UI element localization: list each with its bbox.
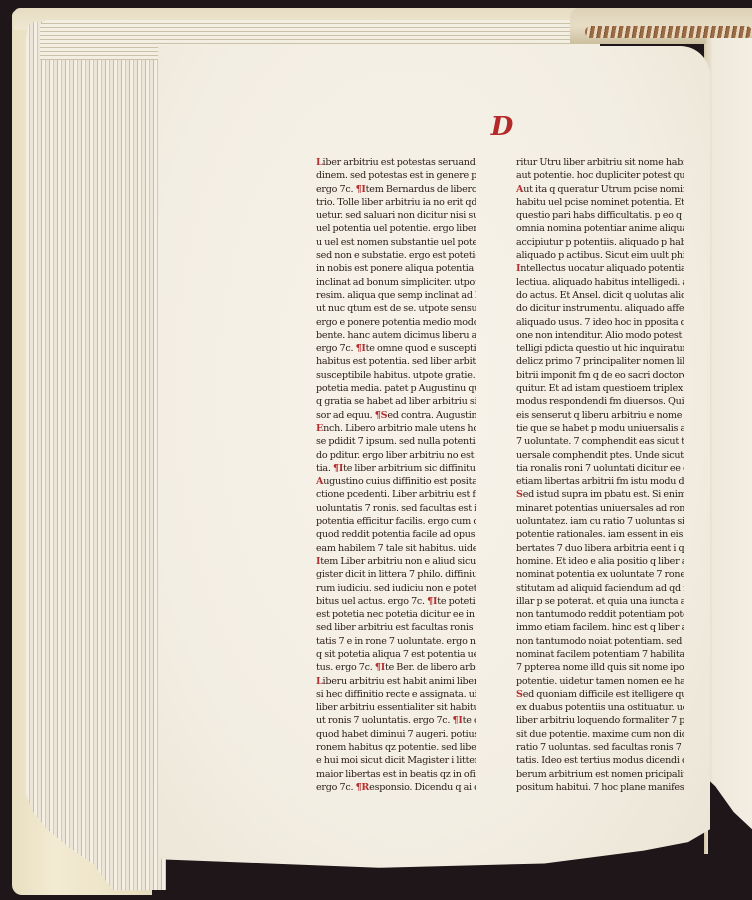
pilcrow-rubric: ¶I bbox=[333, 463, 343, 474]
text-line: tatis. Ideo est tertius modus dicendi q … bbox=[516, 754, 684, 767]
text-line: do actus. Et Ansel. dicit q uolutas aliq… bbox=[516, 289, 684, 302]
text-line: tie que se habet p modu uniuersalis ad r… bbox=[516, 422, 684, 435]
text-line: 7 uoluntate. 7 comphendit eas sicut totu… bbox=[516, 435, 684, 448]
text-line: ratio 7 uoluntas. sed facultas ronis 7 u… bbox=[516, 741, 684, 754]
red-initial-d: D bbox=[486, 112, 518, 142]
text-line: bitrii imponit fm q de eo sacri doctores… bbox=[516, 369, 684, 382]
text-line: u uel est nomen substantie uel potentie. bbox=[316, 236, 476, 249]
text-line: ergo 7c. ¶Ite omne quod e susceptibile bbox=[316, 342, 476, 355]
text-line: stitutam ad aliquid faciendum ad qd neut… bbox=[516, 582, 684, 595]
rubric-capital: S bbox=[516, 489, 523, 500]
text-line: ctione pcedenti. Liber arbitriu est facu… bbox=[316, 488, 476, 501]
text-line: tus. ergo 7c. ¶Ite Ber. de libero arbitr… bbox=[316, 661, 476, 674]
text-line: ex duabus potentiis una ostituatur. uel … bbox=[516, 701, 684, 714]
text-line: potentie rationales. iam essent in eis d… bbox=[516, 528, 684, 541]
text-line: berum arbitrium est nomen pricipaliter i… bbox=[516, 768, 684, 781]
text-line: est potetia nec potetia dicitur ee in po… bbox=[316, 608, 476, 621]
text-line: aliquado p actibus. Sicut eim uult philo… bbox=[516, 249, 684, 262]
recto-page-edge bbox=[706, 38, 752, 898]
text-line: habitus est potentia. sed liber arbitriu… bbox=[316, 355, 476, 368]
text-line: Ench. Libero arbitrio male utens homo 7 bbox=[316, 422, 476, 435]
pilcrow-rubric: ¶S bbox=[375, 410, 388, 421]
text-line: sor ad equu. ¶Sed contra. Augustin in bbox=[316, 409, 476, 422]
text-line: uoluntatis 7 ronis. sed facultas est ill… bbox=[316, 502, 476, 515]
text-line: nominat facilem potentiam 7 habilitatem. bbox=[516, 648, 684, 661]
text-line: minaret potentias uniuersales ad ronem e… bbox=[516, 502, 684, 515]
text-line: positum habitui. 7 hoc plane manifestat … bbox=[516, 781, 684, 794]
text-line: tia ronalis roni 7 uoluntati dicitur ee … bbox=[516, 462, 684, 475]
text-line: eis senserut q liberu arbitriu e nome po… bbox=[516, 409, 684, 422]
text-line: si hec diffinitio recte e assignata. uid… bbox=[316, 688, 476, 701]
text-line: bertates 7 duo libera arbitria eent i qu… bbox=[516, 542, 684, 555]
text-line: liber arbitriu loquendo formaliter 7 ppr… bbox=[516, 714, 684, 727]
text-line: q gratia se habet ad liber arbitriu sicu… bbox=[316, 395, 476, 408]
text-line: nominat potentia ex uoluntate 7 rone con bbox=[516, 568, 684, 581]
text-line: quitur. Et ad istam questioem triplex es… bbox=[516, 382, 684, 395]
text-line: Sed quoniam difficile est itelligere qua… bbox=[516, 688, 684, 701]
text-line: tatis 7 e in rone 7 uoluntate. ergo non … bbox=[316, 635, 476, 648]
text-line: liber arbitriu essentialiter sit habitus… bbox=[316, 701, 476, 714]
text-line: uersale comphendit ptes. Unde sicut pote bbox=[516, 449, 684, 462]
text-line: ronem habitus qz potentie. sed liber arb… bbox=[316, 741, 476, 754]
headband-braid-icon bbox=[585, 26, 752, 38]
text-line: sed liber arbitriu est facultas ronis 7 … bbox=[316, 621, 476, 634]
text-line: Augustino cuius diffinitio est posita di… bbox=[316, 475, 476, 488]
pilcrow-rubric: ¶R bbox=[356, 782, 370, 793]
text-line: in nobis est ponere aliqua potentia q se… bbox=[316, 262, 476, 275]
text-line: homine. Et ideo e alia positio q liber a… bbox=[516, 555, 684, 568]
text-line: quod habet diminui 7 augeri. potius habe… bbox=[316, 728, 476, 741]
text-line: sit due potentie. maxime cum non dicat e… bbox=[516, 728, 684, 741]
rubric-capital: L bbox=[316, 157, 323, 168]
text-line: maior libertas est in beatis qz in ofirm… bbox=[316, 768, 476, 781]
text-line: Sed istud supra im pbatu est. Si enim no bbox=[516, 488, 684, 501]
text-line: one non intenditur. Alio modo potest in bbox=[516, 329, 684, 342]
text-line: non tantumodo noiat potentiam. sed etiam bbox=[516, 635, 684, 648]
text-line: potentie. uidetur tamen nomen ee habitus… bbox=[516, 675, 684, 688]
text-line: trio. Tolle liber arbitriu ia no erit qd… bbox=[316, 196, 476, 209]
text-line: habitu uel pcise nominet potentia. Et ta… bbox=[516, 196, 684, 209]
text-line: ergo 7c. ¶Item Bernardus de libero arbi bbox=[316, 183, 476, 196]
text-line: quod reddit potentia facile ad opus. red… bbox=[316, 528, 476, 541]
text-line: q sit potetia aliqua 7 est potentia uel … bbox=[316, 648, 476, 661]
right-text-column: ritur Utru liber arbitriu sit nome habit… bbox=[516, 156, 684, 794]
text-line: Intellectus uocatur aliquado potentia in… bbox=[516, 262, 684, 275]
text-line: tia. ¶Ite liber arbitrium sic diffinitur… bbox=[316, 462, 476, 475]
text-line: ut ronis 7 uoluntatis. ergo 7c. ¶Ite omn… bbox=[316, 714, 476, 727]
text-line: Liberu arbitriu est habit animi liber su… bbox=[316, 675, 476, 688]
book-photograph: D Liber arbitriu est potestas seruandi r… bbox=[0, 0, 752, 900]
text-line: eam habilem 7 tale sit habitus. uidetur … bbox=[316, 542, 476, 555]
pilcrow-rubric: ¶I bbox=[356, 343, 366, 354]
text-line: aliquado usus. 7 ideo hoc in pposita que… bbox=[516, 316, 684, 329]
rubric-capital: I bbox=[516, 263, 520, 274]
rubric-capital: A bbox=[516, 184, 523, 195]
rubric-capital: E bbox=[316, 423, 323, 434]
text-line: dinem. sed potestas est in genere potent… bbox=[316, 169, 476, 182]
text-line: rum iudiciu. sed iudiciu non e potetia s… bbox=[316, 582, 476, 595]
text-line: bente. hanc autem dicimus liberu arbitri… bbox=[316, 329, 476, 342]
text-line: potetia media. patet p Augustinu qui dic… bbox=[316, 382, 476, 395]
rubric-capital: L bbox=[316, 676, 323, 687]
text-line: ergo e ponere potentia medio modo se ha bbox=[316, 316, 476, 329]
text-line: ergo 7c. ¶Responsio. Dicendu q ai que bbox=[316, 781, 476, 794]
text-line: ritur Utru liber arbitriu sit nome habit… bbox=[516, 156, 684, 169]
stacked-page-edges bbox=[26, 22, 166, 890]
text-line: potentia efficitur facilis. ergo cum omn… bbox=[316, 515, 476, 528]
text-line: immo etiam facilem. hinc est q liber ar. bbox=[516, 621, 684, 634]
rubric-capital: A bbox=[316, 476, 323, 487]
text-line: ut nuc qtum est de se. utpote sensualita… bbox=[316, 302, 476, 315]
pilcrow-rubric: ¶I bbox=[427, 596, 437, 607]
text-line: resim. aliqua que semp inclinat ad bonum bbox=[316, 289, 476, 302]
text-line: delicz primo 7 principaliter nomen liber… bbox=[516, 355, 684, 368]
text-line: bitus uel actus. ergo 7c. ¶Ite potetie n… bbox=[316, 595, 476, 608]
text-line: uoluntatez. iam cu ratio 7 uoluntas sint… bbox=[516, 515, 684, 528]
text-line: se pdidit 7 ipsum. sed nulla potentia pe… bbox=[316, 435, 476, 448]
left-text-column: Liber arbitriu est potestas seruandi rec… bbox=[316, 156, 476, 794]
text-line: Aut ita q queratur Utrum pcise nominet bbox=[516, 183, 684, 196]
text-line: lectiua. aliquado habitus intelligedi. a… bbox=[516, 276, 684, 289]
text-line: aut potentie. hoc dupliciter potest quer… bbox=[516, 169, 684, 182]
rubric-capital: S bbox=[516, 689, 523, 700]
pilcrow-rubric: ¶I bbox=[375, 662, 385, 673]
pilcrow-rubric: ¶I bbox=[453, 715, 463, 726]
text-line: susceptibile habitus. utpote gratie. erg… bbox=[316, 369, 476, 382]
text-line: etiam libertas arbitrii fm istu modu dic… bbox=[516, 475, 684, 488]
text-line: uetur. sed saluari non dicitur nisi subs… bbox=[316, 209, 476, 222]
text-line: Item Liber arbitriu non e aliud sicut Ma bbox=[316, 555, 476, 568]
text-line: inclinat ad bonum simpliciter. utpote sy… bbox=[316, 276, 476, 289]
rubric-capital: I bbox=[316, 556, 320, 567]
text-line: sed non e substatie. ergo est potetie. ¶… bbox=[316, 249, 476, 262]
text-line: accipiutur p potentiis. aliquado p habit… bbox=[516, 236, 684, 249]
text-line: gister dicit in littera 7 philo. diffini… bbox=[316, 568, 476, 581]
text-line: Liber arbitriu est potestas seruandi rec… bbox=[316, 156, 476, 169]
text-line: non tantumodo reddit potentiam potente. bbox=[516, 608, 684, 621]
text-line: modus respondendi fm diuersos. Quidaz bbox=[516, 395, 684, 408]
text-line: uel potentia uel potentie. ergo liber ar… bbox=[316, 222, 476, 235]
text-line: do dicitur instrumentu. aliquado affectu… bbox=[516, 302, 684, 315]
text-line: do pditur. ergo liber arbitriu no est po… bbox=[316, 449, 476, 462]
text-line: telligi pdicta questio ut hic inquiratur… bbox=[516, 342, 684, 355]
text-line: 7 ppterea nome illd quis sit nome iposit… bbox=[516, 661, 684, 674]
text-line: omnia nomina potentiar anime aliquando bbox=[516, 222, 684, 235]
text-line: questio pari habs difficultatis. p eo q … bbox=[516, 209, 684, 222]
text-line: e hui moi sicut dicit Magister i littera… bbox=[316, 754, 476, 767]
text-line: illar p se poterat. et quia una iuncta a… bbox=[516, 595, 684, 608]
pilcrow-rubric: ¶I bbox=[356, 184, 366, 195]
